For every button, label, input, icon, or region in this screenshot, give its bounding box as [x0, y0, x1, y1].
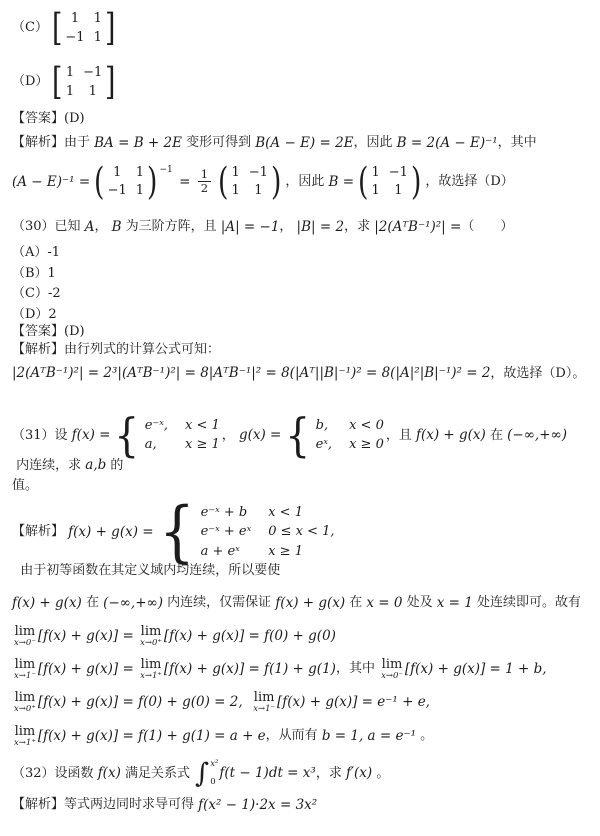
line-q30-option-d: （D）2 [12, 306, 586, 324]
text-run: ，求 [344, 218, 374, 236]
piecewise-expression: e⁻ˣ, [145, 417, 168, 435]
brace-icon: { [159, 502, 195, 562]
limit-word: lim [141, 658, 162, 671]
line-question-30: （30）已知 A， B 为三阶方阵，且 |A| = −1， |B| = 2，求 … [12, 218, 586, 236]
matrix-entry: 1 [94, 10, 102, 28]
text-run: ，故选择（D）。 [490, 365, 585, 383]
line-analysis-29-text: 【解析】由于 BA = B + 2E 变形可得到 B(A − E) = 2E，因… [12, 134, 586, 152]
matrix-entry: −1 [389, 164, 408, 182]
line-analysis-30-text: 【解析】由行列式的计算公式可知： [12, 341, 586, 359]
text-run: 由于初等函数在其定义域内均连续，所以要使 [12, 562, 280, 580]
math-run: [f(x) + g(x)] = f(1) + g(1) = a + e [38, 727, 266, 745]
limit-operator: limx→1⁻ [253, 691, 275, 714]
matrix: (1−111) [356, 162, 423, 202]
text-run: ，从而有 [266, 727, 322, 745]
line-analysis-30-formula: |2(AᵀB⁻¹)²| = 2³|(AᵀB⁻¹)²| = 8|AᵀB⁻¹|² =… [12, 364, 586, 382]
piecewise-expression: b, [316, 417, 328, 435]
matrix-entry: 1 [66, 83, 74, 101]
piecewise-function: {b,x < 0eˣ,x ≥ 0 [283, 414, 384, 456]
document-page: （C）[11−11] （D）[1−111] 【答案】(D) 【解析】由于 BA … [0, 0, 600, 836]
text-run: （30）已知 [12, 218, 85, 236]
text-run: 【解析】 [12, 523, 68, 541]
piecewise-condition: x < 1 [185, 417, 220, 435]
text-run: （D）2 [12, 306, 57, 324]
piecewise-rows: e⁻ˣ,x < 1a,x ≥ 1 [145, 417, 220, 454]
text-run: 在 [82, 594, 103, 612]
text-run: 为三阶方阵，且 [122, 218, 221, 236]
text-run: （ ） [461, 218, 513, 236]
text-run: 【解析】由于 [12, 134, 94, 152]
text-run: 变形可得到 [182, 134, 255, 152]
text-run: 【解析】由行列式的计算公式可知： [12, 341, 220, 359]
math-run: [f(x) + g(x)] = e⁻¹ + e, [277, 693, 430, 711]
text-run: ， [94, 218, 111, 236]
line-analysis-31-piecewise: 【解析】 f(x) + g(x) ={e⁻ˣ + bx < 1e⁻ˣ + eˣ0… [12, 502, 586, 580]
piecewise-expression: e⁻ˣ + b [201, 504, 248, 522]
matrix-entry: 1 [136, 164, 144, 182]
brace-icon: { [286, 414, 311, 456]
line-question-31-cont: 值。 [12, 477, 586, 495]
matrix-open-bracket-icon: ( [94, 162, 104, 202]
text-run: （31）设 [12, 427, 72, 445]
limit-word: lim [382, 658, 403, 671]
integral-upper-bound: x² [210, 759, 218, 770]
math-run: |2(AᵀB⁻¹)²| = 2³|(AᵀB⁻¹)²| = 8|AᵀB⁻¹|² =… [12, 364, 490, 382]
math-run: x = 1 [437, 594, 473, 612]
limit-subscript: x→0⁺ [14, 705, 36, 714]
text-run: 内连续，仅需保证 [163, 594, 275, 612]
text-run: ， [222, 427, 239, 445]
limit-operator: limx→1⁺ [140, 658, 162, 681]
limit-subscript: x→1⁻ [253, 705, 275, 714]
text-run: （32）设函数 [12, 765, 98, 783]
piecewise-expression: a, [145, 436, 157, 454]
text-run: 值。 [12, 477, 38, 495]
matrix-entry: 1 [113, 164, 121, 182]
integral-bounds: x²0 [210, 759, 218, 788]
limit-operator: limx→0⁺ [140, 625, 162, 648]
limit-operator: limx→0⁺ [14, 691, 36, 714]
line-answer-29: 【答案】(D) [12, 110, 586, 128]
limit-operator: limx→1⁻ [14, 658, 36, 681]
text-run: 【答案】(D) [12, 110, 85, 128]
math-run: f(x) [98, 764, 121, 782]
text-run: 在 [345, 594, 366, 612]
limit-subscript: x→1⁻ [14, 672, 36, 681]
line-answer-30: 【答案】(D) [12, 323, 586, 341]
math-run: B [112, 218, 122, 236]
text-run: 处及 [403, 594, 437, 612]
matrix-close-bracket-icon: ) [411, 162, 421, 202]
matrix-entry: 1 [394, 182, 402, 200]
math-run: a,b [85, 456, 106, 474]
line-limit-equation-3: limx→0⁺[f(x) + g(x)] = f(0) + g(0) = 2, … [12, 691, 586, 714]
math-run: BA = B + 2E [94, 134, 182, 152]
limit-operator: limx→0⁻ [381, 658, 403, 681]
math-run: f(x² − 1)·2x = 3x² [198, 796, 317, 814]
text-run: 内连续，求 [12, 457, 85, 475]
fraction-numerator: 1 [198, 168, 211, 182]
text-run: 处连续即可。故有 [473, 594, 581, 612]
matrix-entry: 1 [89, 83, 97, 101]
fraction: 12 [198, 168, 211, 195]
text-run: 。 [416, 727, 433, 745]
matrix-entry: 1 [66, 64, 74, 82]
math-run: (A − E)⁻¹ = [12, 173, 90, 191]
text-run: 【答案】(D) [12, 323, 85, 341]
text-run: ，其中 [498, 134, 537, 152]
text-run: ，其中 [336, 660, 379, 678]
limit-subscript: x→1⁺ [140, 672, 162, 681]
limit-word: lim [15, 625, 36, 638]
piecewise-condition: x ≥ 1 [185, 436, 220, 454]
text-run: ，故选择（D） [425, 173, 513, 191]
piecewise-condition: x < 1 [268, 504, 303, 522]
text-run: 【解析】等式两边同时求导可得 [12, 796, 198, 814]
math-run: (−∞,+∞) [507, 426, 567, 444]
math-run: f(x) + g(x) [275, 594, 345, 612]
math-run: |A| = −1 [221, 218, 280, 236]
matrix-open-bracket-icon: [ [52, 8, 62, 48]
matrix-entry: 1 [231, 182, 239, 200]
matrix-entries: 1−111 [65, 64, 103, 100]
matrix-open-bracket-icon: ( [218, 162, 228, 202]
piecewise-function: {e⁻ˣ + bx < 1e⁻ˣ + eˣ0 ≤ x < 1,a + eˣx ≥… [156, 502, 335, 562]
line-analysis-31-text: f(x) + g(x) 在 (−∞,+∞) 内连续，仅需保证 f(x) + g(… [12, 594, 586, 612]
matrix-entry: −1 [83, 64, 102, 82]
line-option-c-matrix: （C）[11−11] [12, 8, 586, 48]
piecewise-rows: b,x < 0eˣ,x ≥ 0 [316, 417, 384, 454]
math-run: |B| = 2 [297, 218, 345, 236]
matrix-entry: −1 [108, 182, 127, 200]
math-run: f(x) + g(x) [416, 426, 486, 444]
matrix-open-bracket-icon: ( [358, 162, 368, 202]
math-run: |2(AᵀB⁻¹)²| = [374, 218, 461, 236]
brace-icon: { [115, 414, 140, 456]
limit-subscript: x→1⁺ [14, 739, 36, 748]
math-run: x = 0 [366, 594, 402, 612]
piecewise-condition: 0 ≤ x < 1, [268, 523, 334, 541]
math-run: B(A − E) = 2E [255, 134, 353, 152]
piecewise-condition: x ≥ 0 [349, 436, 384, 454]
line-analysis-32: 【解析】等式两边同时求导可得 f(x² − 1)·2x = 3x² [12, 796, 586, 814]
limit-subscript: x→0⁺ [140, 639, 162, 648]
text-run: 在 [486, 427, 507, 445]
math-run: g(x) = [239, 426, 281, 444]
text-run: 。 [372, 765, 389, 783]
matrix-entry: −1 [65, 29, 84, 47]
math-run: [f(x) + g(x)] = [38, 627, 138, 645]
text-run: （A）-1 [12, 244, 60, 262]
limit-subscript: x→0⁻ [381, 672, 403, 681]
math-run: f(x) + g(x) = [68, 523, 153, 541]
math-run: [f(x) + g(x)] = f(1) + g(1) [164, 660, 336, 678]
matrix-close-bracket-icon: ) [271, 162, 281, 202]
piecewise-expression: eˣ, [316, 436, 332, 454]
matrix-exponent: −1 [160, 164, 173, 176]
matrix-entries: 11−11 [107, 164, 145, 200]
definite-integral: ∫x²0 [195, 759, 218, 788]
line-limit-equation-2: limx→1⁻[f(x) + g(x)] = limx→1⁺[f(x) + g(… [12, 658, 586, 681]
text-run: ，且 [386, 427, 416, 445]
line-q30-option-a: （A）-1 [12, 244, 586, 262]
matrix-entry: 1 [94, 29, 102, 47]
matrix-entry: 1 [371, 182, 379, 200]
line-limit-equation-1: limx→0⁻[f(x) + g(x)] = limx→0⁺[f(x) + g(… [12, 625, 586, 648]
text-run: （C） [12, 19, 48, 37]
math-run: = [175, 173, 195, 191]
math-run: A [85, 218, 95, 236]
matrix: (1−111) [216, 162, 283, 202]
matrix-close-bracket-icon: ] [105, 62, 115, 102]
integral-icon: ∫ [195, 760, 209, 788]
line-analysis-29-formula: (A − E)⁻¹ =(11−11)−1 = 12(1−111)，因此 B =(… [12, 162, 586, 202]
piecewise-expression: e⁻ˣ + eˣ [201, 523, 252, 541]
piecewise-function: {e⁻ˣ,x < 1a,x ≥ 1 [112, 414, 219, 456]
matrix-open-bracket-icon: [ [52, 62, 62, 102]
limit-word: lim [15, 658, 36, 671]
limit-operator: limx→0⁻ [14, 625, 36, 648]
matrix-close-bracket-icon: ) [147, 162, 157, 202]
integral-lower-bound: 0 [210, 777, 218, 788]
math-run: [f(x) + g(x)] = [38, 660, 138, 678]
math-run: f(t − 1)dt = x³ [219, 764, 315, 782]
text-run: ，求 [316, 765, 346, 783]
matrix-entries: 1−111 [370, 164, 408, 200]
matrix-entries: 1−111 [230, 164, 268, 200]
matrix: [1−111] [50, 62, 117, 102]
line-q30-option-b: （B）1 [12, 265, 586, 283]
math-run: f(x) = [72, 426, 111, 444]
matrix-entry: 1 [371, 164, 379, 182]
text-run: （C）-2 [12, 285, 61, 303]
piecewise-expression: a + eˣ [201, 543, 240, 561]
matrix-entry: 1 [136, 182, 144, 200]
math-run: f(x) + g(x) [12, 594, 82, 612]
math-run: B = [329, 173, 355, 191]
line-limit-equation-4: limx→1⁺[f(x) + g(x)] = f(1) + g(1) = a +… [12, 725, 586, 748]
limit-word: lim [141, 625, 162, 638]
limit-word: lim [254, 691, 275, 704]
line-option-d-matrix: （D）[1−111] [12, 62, 586, 102]
text-run: （D） [12, 73, 48, 91]
limit-word: lim [15, 691, 36, 704]
piecewise-condition: x ≥ 1 [268, 543, 303, 561]
math-run: (−∞,+∞) [103, 594, 163, 612]
text-run: （B）1 [12, 265, 56, 283]
matrix-entry: 1 [254, 182, 262, 200]
line-q30-option-c: （C）-2 [12, 285, 586, 303]
text-run: ， [279, 218, 296, 236]
fraction-denominator: 2 [201, 182, 208, 195]
line-question-31: （31）设 f(x) ={e⁻ˣ,x < 1a,x ≥ 1， g(x) ={b,… [12, 414, 586, 474]
matrix-entry: 1 [231, 164, 239, 182]
matrix-entry: −1 [249, 164, 268, 182]
matrix-close-bracket-icon: ] [105, 8, 115, 48]
math-run: [f(x) + g(x)] = f(0) + g(0) [164, 627, 336, 645]
matrix-entry: 1 [71, 10, 79, 28]
line-question-32: （32）设函数 f(x) 满足关系式 ∫x²0f(t − 1)dt = x³，求… [12, 759, 586, 788]
limit-operator: limx→1⁺ [14, 725, 36, 748]
matrix: [11−11] [50, 8, 117, 48]
text-run: ，因此 [285, 173, 328, 191]
matrix: (11−11)−1 [92, 162, 173, 202]
text-run: ，因此 [354, 134, 397, 152]
math-run: [f(x) + g(x)] = 1 + b, [405, 660, 547, 678]
math-run: f′(x) [346, 764, 372, 782]
limit-word: lim [15, 725, 36, 738]
limit-subscript: x→0⁻ [14, 639, 36, 648]
piecewise-condition: x < 0 [349, 417, 384, 435]
math-run: [f(x) + g(x)] = f(0) + g(0) = 2, [38, 693, 251, 711]
math-run: B = 2(A − E)⁻¹ [397, 134, 498, 152]
piecewise-rows: e⁻ˣ + bx < 1e⁻ˣ + eˣ0 ≤ x < 1,a + eˣx ≥ … [201, 504, 335, 561]
matrix-entries: 11−11 [64, 10, 102, 46]
text-run: 满足关系式 [121, 765, 194, 783]
math-run: b = 1, a = e⁻¹ [322, 727, 416, 745]
